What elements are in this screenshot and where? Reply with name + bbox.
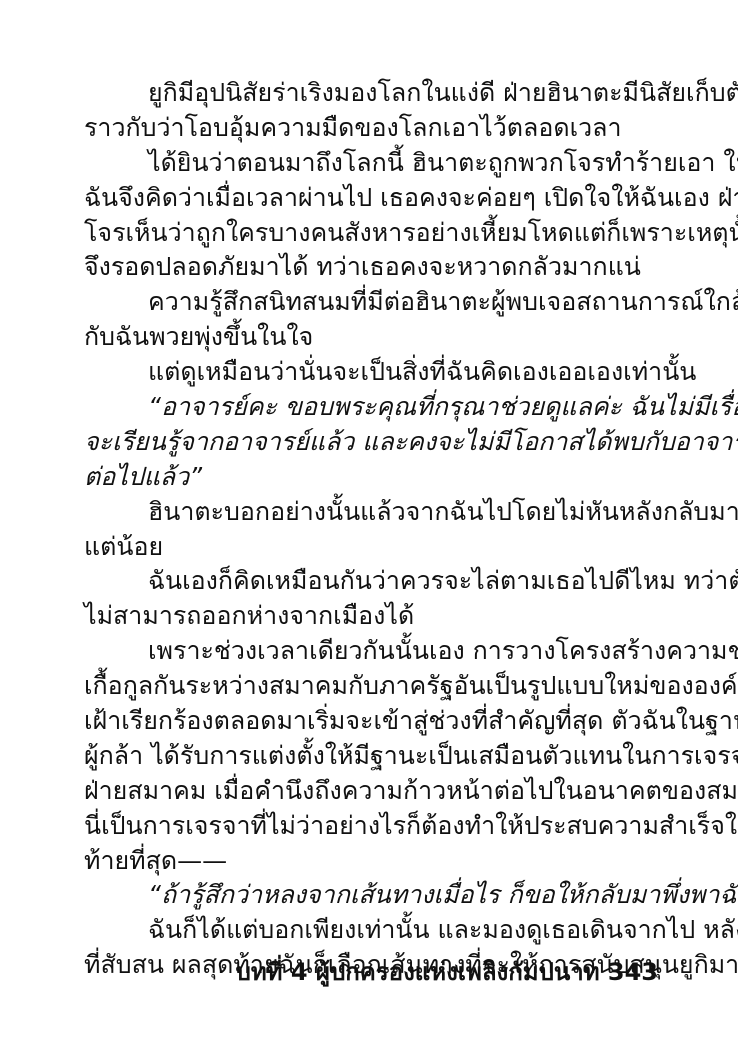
text-line: ความรู้สึกสนิทสนมที่มีต่อฮินาตะผู้พบเจอส… [84, 285, 658, 320]
text-line: กับฉันพวยพุ่งขึ้นในใจ [84, 320, 658, 355]
text-line: ไม่สามารถออกห่างจากเมืองได้ [84, 599, 658, 634]
page-body: ยูกิมีอุปนิสัยร่าเริงมองโลกในแง่ดี ฝ่ายฮ… [84, 76, 658, 983]
text-line: แต่ดูเหมือนว่านั่นจะเป็นสิ่งที่ฉันคิดเอง… [84, 355, 658, 390]
dialogue-line: ต่อไปแล้ว” [84, 460, 658, 495]
dialogue-line: “อาจารย์คะ ขอบพระคุณที่กรุณาช่วยดูแลค่ะ … [84, 390, 658, 425]
dialogue-line: จะเรียนรู้จากอาจารย์แล้ว และคงจะไม่มีโอก… [84, 425, 658, 460]
text-line: โจรเห็นว่าถูกใครบางคนสังหารอย่างเหี้ยมโห… [84, 216, 658, 251]
book-page: ยูกิมีอุปนิสัยร่าเริงมองโลกในแง่ดี ฝ่ายฮ… [0, 0, 738, 1051]
text-line: ราวกับว่าโอบอุ้มความมืดของโลกเอาไว้ตลอดเ… [84, 111, 658, 146]
text-line: จึงรอดปลอดภัยมาได้ ทว่าเธอคงจะหวาดกลัวมา… [84, 250, 658, 285]
text-line: เพราะช่วงเวลาเดียวกันนั้นเอง การวางโครงส… [84, 634, 658, 669]
text-line: เฝ้าเรียกร้องตลอดมาเริ่มจะเข้าสู่ช่วงที่… [84, 704, 658, 739]
dialogue-line: “ถ้ารู้สึกว่าหลงจากเส้นทางเมื่อไร ก็ขอให… [84, 878, 658, 913]
text-line: ท้ายที่สุด—— [84, 844, 658, 879]
text-line: ฝ่ายสมาคม เมื่อคำนึงถึงความก้าวหน้าต่อไป… [84, 774, 658, 809]
text-line: ผู้กล้า ได้รับการแต่งตั้งให้มีฐานะเป็นเส… [84, 739, 658, 774]
text-line: ได้ยินว่าตอนมาถึงโลกนี้ ฮินาตะถูกพวกโจรท… [84, 146, 658, 181]
footer-chapter-page-label: บทที่ 4 ผู้ปกครองแห่งเพลิงกัมปนาท 343 [84, 952, 658, 991]
text-line: เกื้อกูลกันระหว่างสมาคมกับภาครัฐอันเป็นร… [84, 669, 658, 704]
text-line: นี่เป็นการเจรจาที่ไม่ว่าอย่างไรก็ต้องทำใ… [84, 809, 658, 844]
text-line: ยูกิมีอุปนิสัยร่าเริงมองโลกในแง่ดี ฝ่ายฮ… [84, 76, 658, 111]
text-line: ฉันจึงคิดว่าเมื่อเวลาผ่านไป เธอคงจะค่อยๆ… [84, 181, 658, 216]
text-line: แต่น้อย [84, 530, 658, 565]
text-line: ฮินาตะบอกอย่างนั้นแล้วจากฉันไปโดยไม่หันห… [84, 495, 658, 530]
text-line: ฉันเองก็คิดเหมือนกันว่าควรจะไล่ตามเธอไปด… [84, 564, 658, 599]
text-line: ฉันก็ได้แต่บอกเพียงเท่านั้น และมองดูเธอเ… [84, 913, 658, 948]
